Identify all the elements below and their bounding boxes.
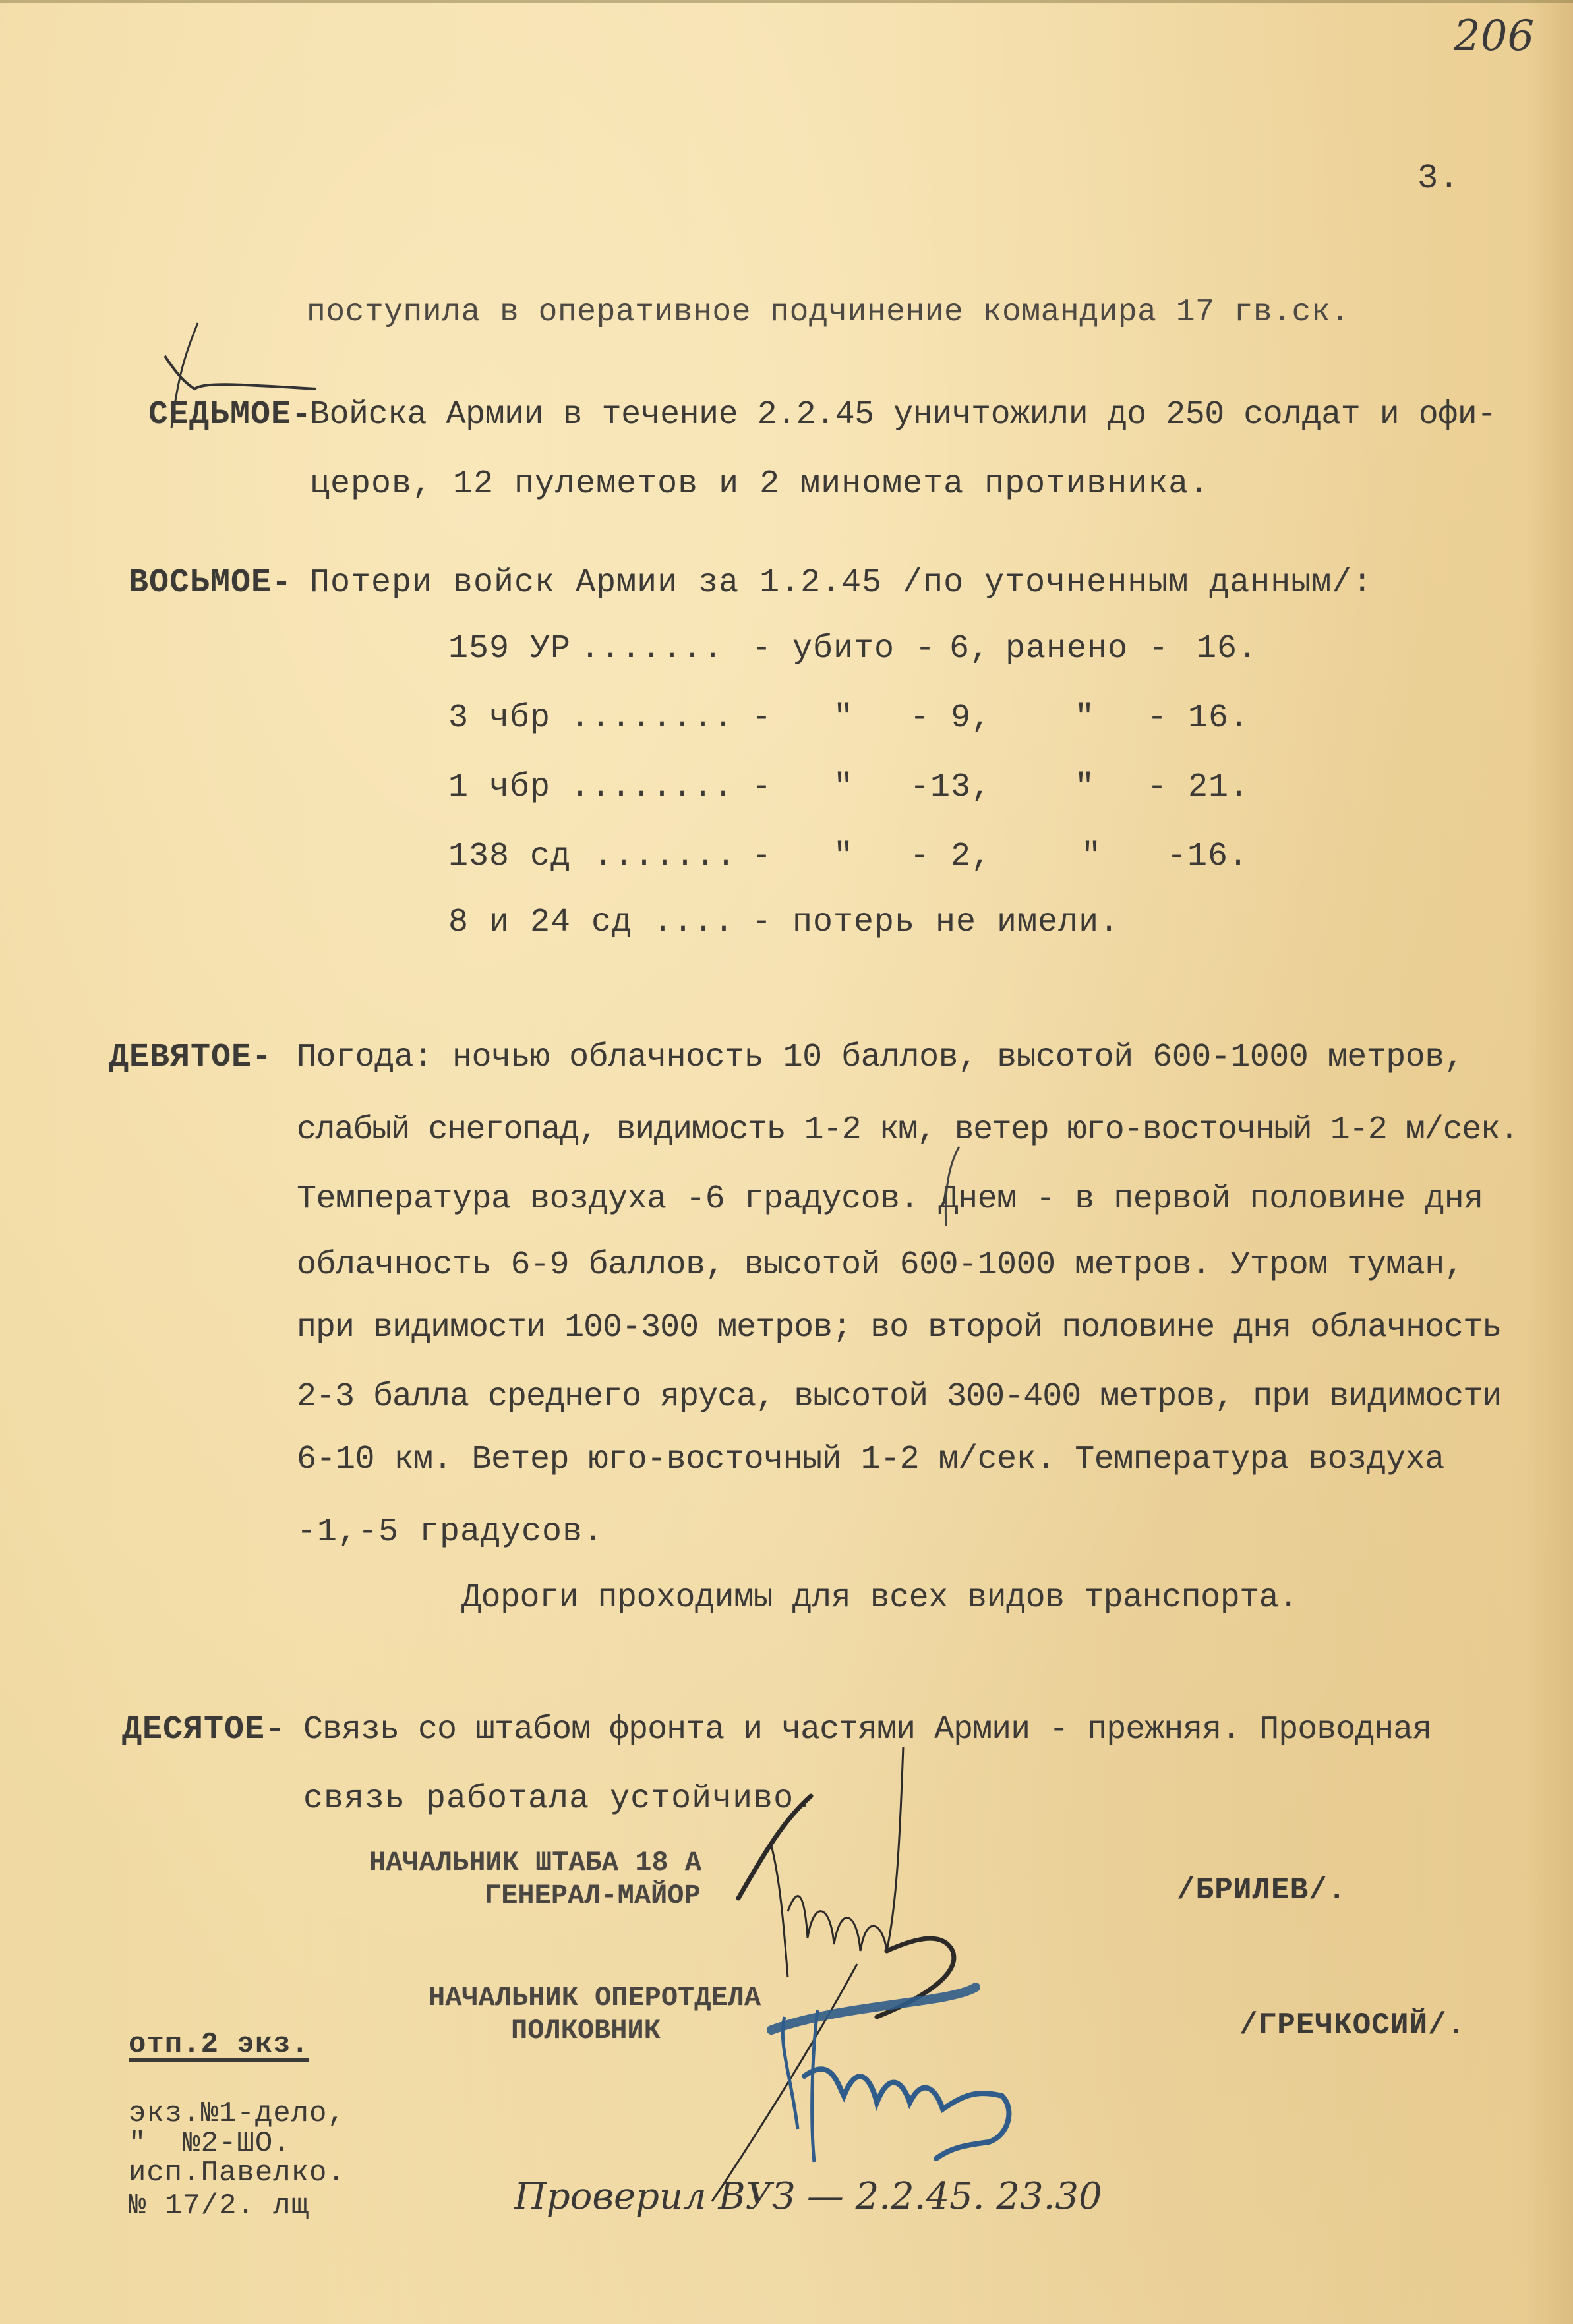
loss-unit: 8 и 24 сд xyxy=(448,906,632,939)
loss-wounded: - 21. xyxy=(1147,771,1249,804)
weather-line: -1,-5 градусов. xyxy=(297,1516,603,1549)
section-seventh-line1: Войска Армии в течение 2.2.45 уничтожили… xyxy=(310,399,1497,432)
loss-killed: -13, xyxy=(910,771,992,804)
verification-note: Проверил ВУЗ — 2.2.45. 23.30 xyxy=(514,2175,1102,2218)
loss-wounded: 16. xyxy=(1197,633,1258,666)
chief-of-staff-name: /БРИЛЕВ/. xyxy=(1177,1875,1346,1905)
distribution-line: экз.№1-дело, xyxy=(129,2099,345,2128)
weather-line: облачность 6-9 баллов, высотой 600-1000 … xyxy=(297,1249,1464,1282)
loss-dots: ....... xyxy=(580,633,723,666)
loss-killed: - 2, xyxy=(910,840,992,873)
loss-killed-label: - " xyxy=(752,771,854,804)
loss-unit: 138 сд xyxy=(448,840,571,873)
loss-wounded: - 16. xyxy=(1147,702,1249,735)
loss-killed: 6, xyxy=(949,633,990,666)
page-number: 3. xyxy=(1417,161,1460,196)
distribution-line: " №2-ШО. xyxy=(129,2129,291,2158)
weather-line: 6-10 км. Ветер юго-восточный 1-2 м/сек. … xyxy=(297,1443,1444,1476)
loss-dots: ........ xyxy=(570,702,734,735)
copies-count: отп.2 экз. xyxy=(129,2030,309,2059)
archive-sheet-number: 206 xyxy=(1454,12,1534,61)
loss-unit: 159 УР xyxy=(448,633,571,666)
weather-line: слабый снегопад, видимость 1-2 км, ветер… xyxy=(297,1114,1518,1147)
loss-unit: 3 чбр xyxy=(448,702,550,735)
weather-line: Температура воздуха -6 градусов. Днем - … xyxy=(297,1183,1483,1216)
loss-killed-label: - " xyxy=(752,702,854,735)
chief-of-staff-rank: ГЕНЕРАЛ-МАЙОР xyxy=(485,1882,701,1909)
roads-note: Дороги проходимы для всех видов транспор… xyxy=(461,1582,1298,1615)
ops-chief-name: /ГРЕЧКОСИЙ/. xyxy=(1239,2010,1466,2041)
weather-line: Погода: ночью облачность 10 баллов, высо… xyxy=(297,1041,1464,1074)
loss-unit: 1 чбр xyxy=(448,771,550,804)
section-tenth-label: ДЕСЯТОЕ- xyxy=(122,1714,285,1747)
section-ninth-label: ДЕВЯТОЕ- xyxy=(109,1041,272,1074)
handwritten-bracket-mark xyxy=(936,1144,963,1229)
loss-wounded-label: " xyxy=(1075,771,1095,804)
loss-wounded-label: ранено - xyxy=(1005,633,1169,666)
weather-line: при видимости 100-300 метров; во второй … xyxy=(297,1312,1501,1345)
loss-killed: - 9, xyxy=(910,702,992,735)
section-eighth-intro: Потери войск Армии за 1.2.45 /по уточнен… xyxy=(310,567,1373,600)
loss-wounded: -16. xyxy=(1167,840,1249,873)
loss-dots: ....... xyxy=(593,840,736,873)
loss-dots: ........ xyxy=(570,771,734,804)
section-seventh-label: СЕДЬМОЕ- xyxy=(148,399,312,432)
loss-no-losses-text: - потерь не имели. xyxy=(752,906,1119,939)
loss-dots: .... xyxy=(653,906,734,939)
chief-of-staff-title: НАЧАЛЬНИК ШТАБА 18 А xyxy=(369,1849,701,1876)
continuation-line: поступила в оперативное подчинение коман… xyxy=(307,297,1350,328)
section-eighth-label: ВОСЬМОЕ- xyxy=(129,567,292,600)
loss-killed-label: - убито - xyxy=(752,633,935,666)
distribution-line: № 17/2. лщ xyxy=(129,2192,309,2221)
loss-wounded-label: " xyxy=(1081,840,1102,873)
section-seventh-line2: церов, 12 пулеметов и 2 миномета противн… xyxy=(310,468,1209,501)
distribution-line: исп.Павелко. xyxy=(129,2159,345,2188)
loss-killed-label: - " xyxy=(752,840,854,873)
scan-edge xyxy=(0,0,1573,3)
weather-line: 2-3 балла среднего яруса, высотой 300-40… xyxy=(297,1381,1501,1414)
loss-wounded-label: " xyxy=(1075,702,1095,735)
